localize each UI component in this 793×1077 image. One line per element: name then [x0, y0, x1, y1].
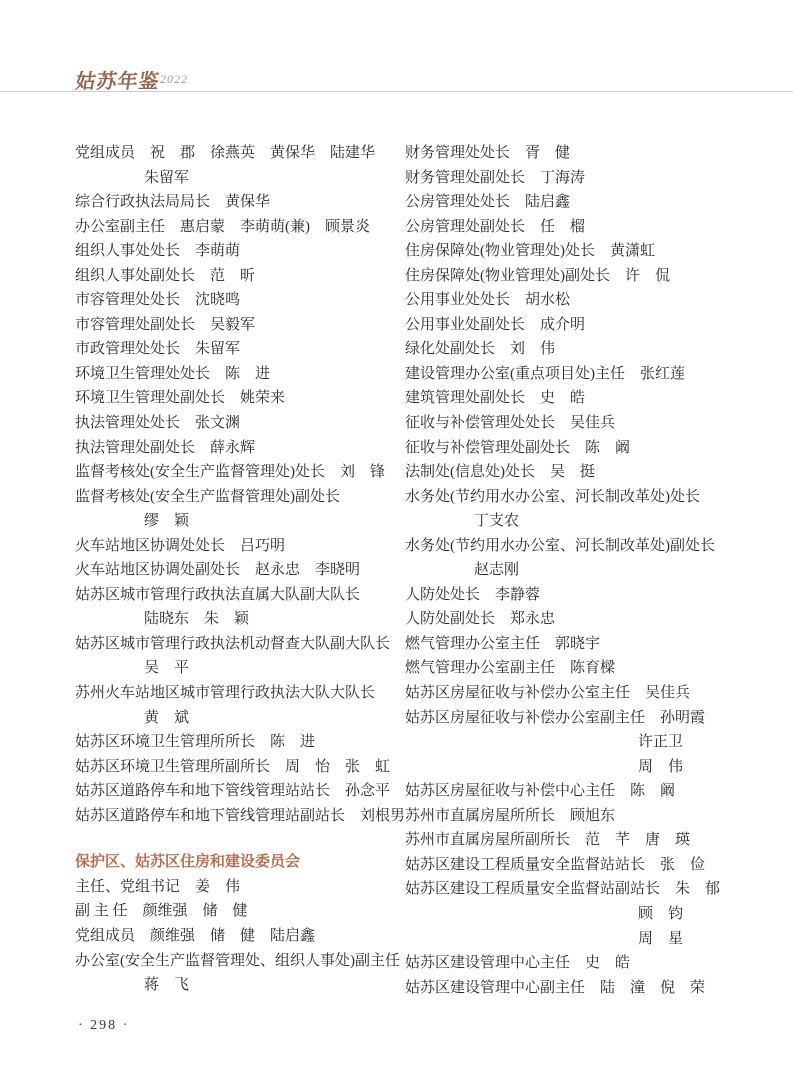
entry-line: 组织人事处副处长 范 昕	[75, 264, 410, 289]
entry-line: 水务处(节约用水办公室、河长制改革处)副处长	[405, 534, 740, 559]
entry-line: 公用事业处副处长 成介明	[405, 313, 740, 338]
entry-line: 办公室副主任 惠启蒙 李萌萌(兼) 顾景炎	[75, 215, 410, 240]
entry-line: 火车站地区协调处处长 吕巧明	[75, 534, 410, 559]
entry-line: 姑苏区房屋征收与补偿办公室主任 吴佳兵	[405, 681, 740, 706]
entry-line: 苏州市直属房屋所所长 顾旭东	[405, 804, 740, 829]
section-heading: 保护区、姑苏区住房和建设委员会	[75, 850, 410, 875]
entry-line: 党组成员 祝 郡 徐燕英 黄保华 陆建华	[75, 141, 410, 166]
entry-line: 办公室(安全生产监督管理处、组织人事处)副主任	[75, 949, 410, 974]
entry-line: 周 星	[405, 927, 740, 952]
entry-line: 姑苏区道路停车和地下管线管理站副站长 刘根男	[75, 804, 410, 829]
entry-line: 市容管理处副处长 吴毅军	[75, 313, 410, 338]
entry-line: 执法管理处副处长 薛永辉	[75, 436, 410, 461]
right-column: 财务管理处处长 胥 健财务管理处副处长 丁海涛公房管理处处长 陆启鑫公房管理处副…	[405, 141, 740, 1000]
year-label: 2022	[160, 72, 188, 87]
entry-line: 财务管理处副处长 丁海涛	[405, 166, 740, 191]
entry-line: 吴 平	[75, 656, 410, 681]
entry-line: 姑苏区城市管理行政执法直属大队副大队长	[75, 583, 410, 608]
entry-line: 征收与补偿管理处处长 吴佳兵	[405, 411, 740, 436]
entry-line: 住房保障处(物业管理处)副处长 许 侃	[405, 264, 740, 289]
entry-line: 丁支农	[405, 509, 740, 534]
entry-line: 监督考核处(安全生产监督管理处)处长 刘 锋	[75, 460, 410, 485]
entry-line: 公房管理处处长 陆启鑫	[405, 190, 740, 215]
entry-line: 环境卫生管理处处长 陈 进	[75, 362, 410, 387]
entry-line: 住房保障处(物业管理处)处长 黄潇虹	[405, 239, 740, 264]
entry-line: 财务管理处处长 胥 健	[405, 141, 740, 166]
entry-line: 监督考核处(安全生产监督管理处)副处长	[75, 485, 410, 510]
entry-line: 蒋 飞	[75, 973, 410, 998]
entry-line: 姑苏区建设管理中心副主任 陆 潼 倪 荣	[405, 976, 740, 1001]
entry-line: 姑苏区房屋征收与补偿中心主任 陈 阚	[405, 779, 740, 804]
entry-line: 法制处(信息处)处长 吴 挺	[405, 460, 740, 485]
entry-line: 姑苏区房屋征收与补偿办公室副主任 孙明霞	[405, 706, 740, 731]
entry-line: 陆晓东 朱 颖	[75, 607, 410, 632]
entry-line: 燃气管理办公室副主任 陈育樑	[405, 656, 740, 681]
entry-line: 姑苏区道路停车和地下管线管理站站长 孙念平	[75, 779, 410, 804]
entry-line: 火车站地区协调处副处长 赵永忠 李晓明	[75, 558, 410, 583]
entry-line: 赵志刚	[405, 558, 740, 583]
yearbook-logo: 姑苏年鉴	[74, 65, 162, 94]
entry-line: 黄 斌	[75, 706, 410, 731]
entry-line: 顾 钧	[405, 902, 740, 927]
entry-line: 建设管理办公室(重点项目处)主任 张红莲	[405, 362, 740, 387]
entry-line: 人防处处长 李静蓉	[405, 583, 740, 608]
entry-line: 综合行政执法局局长 黄保华	[75, 190, 410, 215]
entry-line: 苏州市直属房屋所副所长 范 芊 唐 瑛	[405, 828, 740, 853]
entry-line: 组织人事处处长 李萌萌	[75, 239, 410, 264]
entry-line: 周 伟	[405, 755, 740, 780]
entry-line: 水务处(节约用水办公室、河长制改革处)处长	[405, 485, 740, 510]
entry-line: 姑苏区建设工程质量安全监督站副站长 朱 郁	[405, 877, 740, 902]
entry-line: 人防处副处长 郑永忠	[405, 607, 740, 632]
page-number: · 298 ·	[78, 1018, 129, 1034]
entry-line: 主任、党组书记 姜 伟	[75, 875, 410, 900]
entry-line: 建筑管理处副处长 史 皓	[405, 386, 740, 411]
entry-line: 姑苏区环境卫生管理所副所长 周 怡 张 虹	[75, 755, 410, 780]
entry-line: 姑苏区建设工程质量安全监督站站长 张 俭	[405, 853, 740, 878]
entry-line: 市容管理处处长 沈晓鸣	[75, 288, 410, 313]
entry-line: 征收与补偿管理处副处长 陈 阚	[405, 436, 740, 461]
entry-line: 燃气管理办公室主任 郭晓宇	[405, 632, 740, 657]
header-rule	[0, 91, 793, 92]
entry-line: 公房管理处副处长 任 榴	[405, 215, 740, 240]
entry-line: 副 主 任 颜维强 储 健	[75, 899, 410, 924]
entry-line: 苏州火车站地区城市管理行政执法大队大队长	[75, 681, 410, 706]
entry-line: 姑苏区城市管理行政执法机动督查大队副大队长	[75, 632, 410, 657]
entry-line: 执法管理处处长 张文渊	[75, 411, 410, 436]
left-column: 党组成员 祝 郡 徐燕英 黄保华 陆建华朱留军综合行政执法局局长 黄保华办公室副…	[75, 141, 410, 998]
entry-line: 姑苏区环境卫生管理所所长 陈 进	[75, 730, 410, 755]
entry-line: 朱留军	[75, 166, 410, 191]
entry-line: 许正卫	[405, 730, 740, 755]
entry-line: 姑苏区建设管理中心主任 史 皓	[405, 951, 740, 976]
entry-line: 市政管理处处长 朱留军	[75, 337, 410, 362]
entry-line: 公用事业处处长 胡水松	[405, 288, 740, 313]
entry-line: 环境卫生管理处副处长 姚荣来	[75, 386, 410, 411]
entry-line: 缪 颖	[75, 509, 410, 534]
entry-line: 绿化处副处长 刘 伟	[405, 337, 740, 362]
entry-line: 党组成员 颜维强 储 健 陆启鑫	[75, 924, 410, 949]
